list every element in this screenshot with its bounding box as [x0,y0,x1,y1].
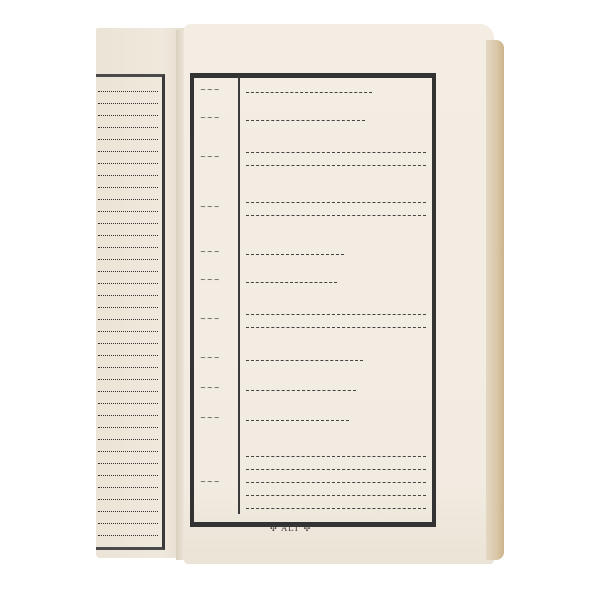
left-page-line [98,227,158,236]
left-page-line [98,131,158,140]
left-page-line [98,95,158,104]
handwritten-line [246,114,365,121]
left-page-line [98,527,158,536]
row-label: ~~~ [200,478,221,486]
left-page-line [98,263,158,272]
left-page-text-frame [96,74,165,550]
row-label: ~~~ [200,354,221,362]
column-divider [238,76,240,514]
handwritten-line [246,196,426,203]
left-page-line [98,299,158,308]
handwritten-line [246,321,426,328]
page-fore-edge [486,40,504,560]
row-label: ~~~ [200,414,221,422]
row-label: ~~~ [200,153,221,161]
left-page-line [98,287,158,296]
left-page-line [98,239,158,248]
handwritten-line [246,414,349,421]
row-label: ~~~ [200,203,221,211]
left-page-line [98,143,158,152]
table-frame: ~~~~~~~~~~~~~~~~~~~~~~~~~~~~~~~~~ [190,73,436,527]
left-page-line [98,431,158,440]
left-page-line [98,275,158,284]
left-page-line [98,407,158,416]
handwritten-line [246,450,426,457]
row-label: ~~~ [200,276,221,284]
handwritten-line [246,86,372,93]
left-page-line [98,467,158,476]
left-page-line [98,251,158,260]
handwritten-line [246,489,426,496]
left-page-line [98,491,158,500]
left-page-line [98,335,158,344]
left-page-line [98,503,158,512]
left-page-line [98,179,158,188]
left-page-line [98,455,158,464]
handwritten-line [246,159,426,166]
left-page-line [98,323,158,332]
row-label: ~~~ [200,114,221,122]
handwritten-line [246,146,426,153]
row-label: ~~~ [200,248,221,256]
left-page-line [98,479,158,488]
left-page-line [98,119,158,128]
left-page-line [98,419,158,428]
page-footer-ornament: ✣ ALT ✣ [270,524,311,533]
left-page-line [98,347,158,356]
left-page-line [98,83,158,92]
left-page-line [98,383,158,392]
left-page-line [98,107,158,116]
handwritten-line [246,308,426,315]
left-page-line [98,311,158,320]
row-label: ~~~ [200,315,221,323]
handwritten-line [246,354,363,361]
handwritten-line [246,209,426,216]
handwritten-line [246,463,426,470]
left-page-line [98,155,158,164]
left-page-line [98,443,158,452]
row-label: ~~~ [200,384,221,392]
handwritten-line [246,502,426,509]
left-page-line [98,191,158,200]
handwritten-line [246,276,337,283]
left-page-line [98,215,158,224]
row-label: ~~~ [200,86,221,94]
handwritten-line [246,476,426,483]
left-page-line [98,167,158,176]
left-page-line [98,395,158,404]
left-page-line [98,359,158,368]
left-page-line [98,203,158,212]
handwritten-line [246,248,344,255]
left-page-line [98,371,158,380]
handwritten-line [246,384,356,391]
left-page-line [98,515,158,524]
